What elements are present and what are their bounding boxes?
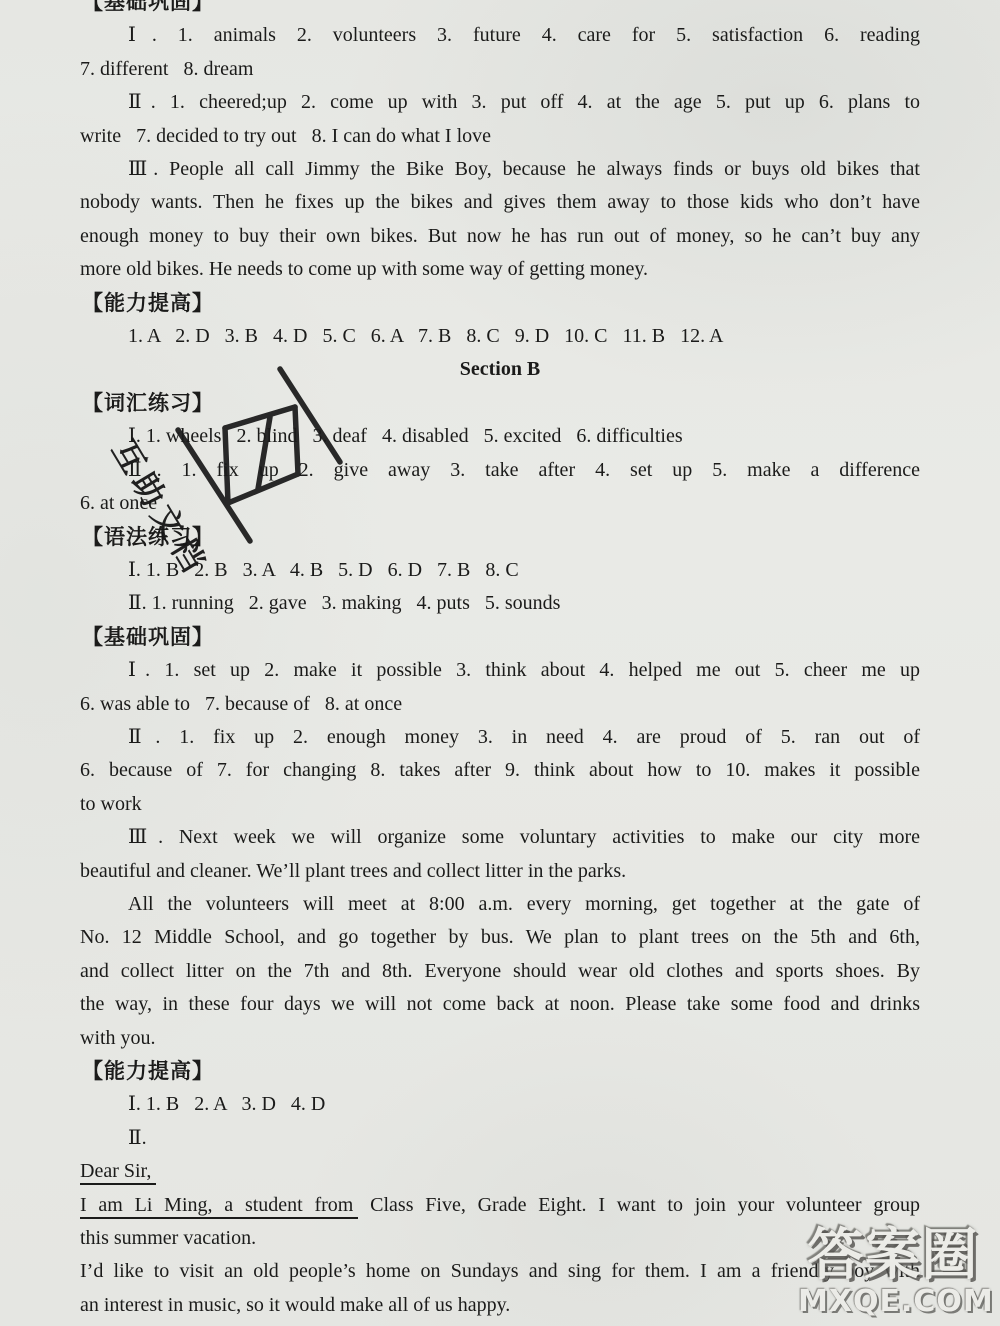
letter-body-line: I’d like to visit an old people’s home o… <box>80 1255 920 1288</box>
section-header-basic-2: 【基础巩固】 <box>82 621 920 654</box>
letter-text: Class Five, Grade Eight. I want to join … <box>358 1194 920 1216</box>
text-line: Ⅱ. <box>80 1122 920 1155</box>
letter-body-line: an interest in music, so it would make a… <box>80 1289 920 1322</box>
text-line: 6. was able to 7. because of 8. at once <box>80 688 920 721</box>
text-line: Ⅱ. 1. cheered;up 2. come up with 3. put … <box>80 86 920 119</box>
section-header-basic-1: 【基础巩固】 <box>82 0 920 19</box>
text-line: No. 12 Middle School, and go together by… <box>80 921 920 954</box>
document-text: 【基础巩固】 Ⅰ. 1. animals 2. volunteers 3. fu… <box>80 0 920 1322</box>
text-line: more old bikes. He needs to come up with… <box>80 253 920 286</box>
text-line: Ⅱ. 1. fix up 2. enough money 3. in need … <box>80 721 920 754</box>
text-line: and collect litter on the 7th and 8th. E… <box>80 955 920 988</box>
text-line: 6. because of 7. for changing 8. takes a… <box>80 754 920 787</box>
section-header-ability-1: 【能力提高】 <box>82 287 920 320</box>
letter-salutation: Dear Sir, <box>80 1155 920 1188</box>
letter-body-line: this summer vacation. <box>80 1222 920 1255</box>
text-line: 7. different 8. dream <box>80 53 920 86</box>
text-line: Ⅰ. 1. wheels 2. blind 3. deaf 4. disable… <box>80 420 920 453</box>
site-watermark: 答案圈 MXQE.COM <box>798 1226 988 1318</box>
text-line: to work <box>80 788 920 821</box>
text-line: Ⅲ. Next week we will organize some volun… <box>80 821 920 854</box>
section-header-vocabulary: 【词汇练习】 <box>82 387 920 420</box>
text-line: Ⅱ. 1. running 2. gave 3. making 4. puts … <box>80 587 920 620</box>
scanned-answer-page: 【基础巩固】 Ⅰ. 1. animals 2. volunteers 3. fu… <box>0 0 1000 1326</box>
text-line: with you. <box>80 1022 920 1055</box>
text-line: nobody wants. Then he fixes up the bikes… <box>80 186 920 219</box>
underlined-text: Dear Sir, <box>80 1160 156 1185</box>
text-line: Ⅰ. 1. animals 2. volunteers 3. future 4.… <box>80 19 920 52</box>
answer-letters-row: Ⅰ. 1. B 2. A 3. D 4. D <box>80 1088 920 1121</box>
text-line: 6. at once <box>80 487 920 520</box>
text-line: Ⅱ. 1. fix up 2. give away 3. take after … <box>80 454 920 487</box>
text-line: beautiful and cleaner. We’ll plant trees… <box>80 855 920 888</box>
site-watermark-url: MXQE.COM <box>798 1286 988 1318</box>
section-b-title: Section B <box>80 353 920 386</box>
site-watermark-logo: 答案圈 <box>798 1226 988 1286</box>
text-line: Ⅰ. 1. set up 2. make it possible 3. thin… <box>80 654 920 687</box>
underlined-text: I am Li Ming, a student from <box>80 1194 358 1219</box>
text-line: enough money to buy their own bikes. But… <box>80 220 920 253</box>
letter-body-line: I am Li Ming, a student from Class Five,… <box>80 1189 920 1222</box>
answer-letters-row: 1. A 2. D 3. B 4. D 5. C 6. A 7. B 8. C … <box>80 320 920 353</box>
text-line: the way, in these four days we will not … <box>80 988 920 1021</box>
text-line: write 7. decided to try out 8. I can do … <box>80 120 920 153</box>
text-line: All the volunteers will meet at 8:00 a.m… <box>80 888 920 921</box>
text-line: Ⅲ. People all call Jimmy the Bike Boy, b… <box>80 153 920 186</box>
section-header-ability-2: 【能力提高】 <box>82 1055 920 1088</box>
